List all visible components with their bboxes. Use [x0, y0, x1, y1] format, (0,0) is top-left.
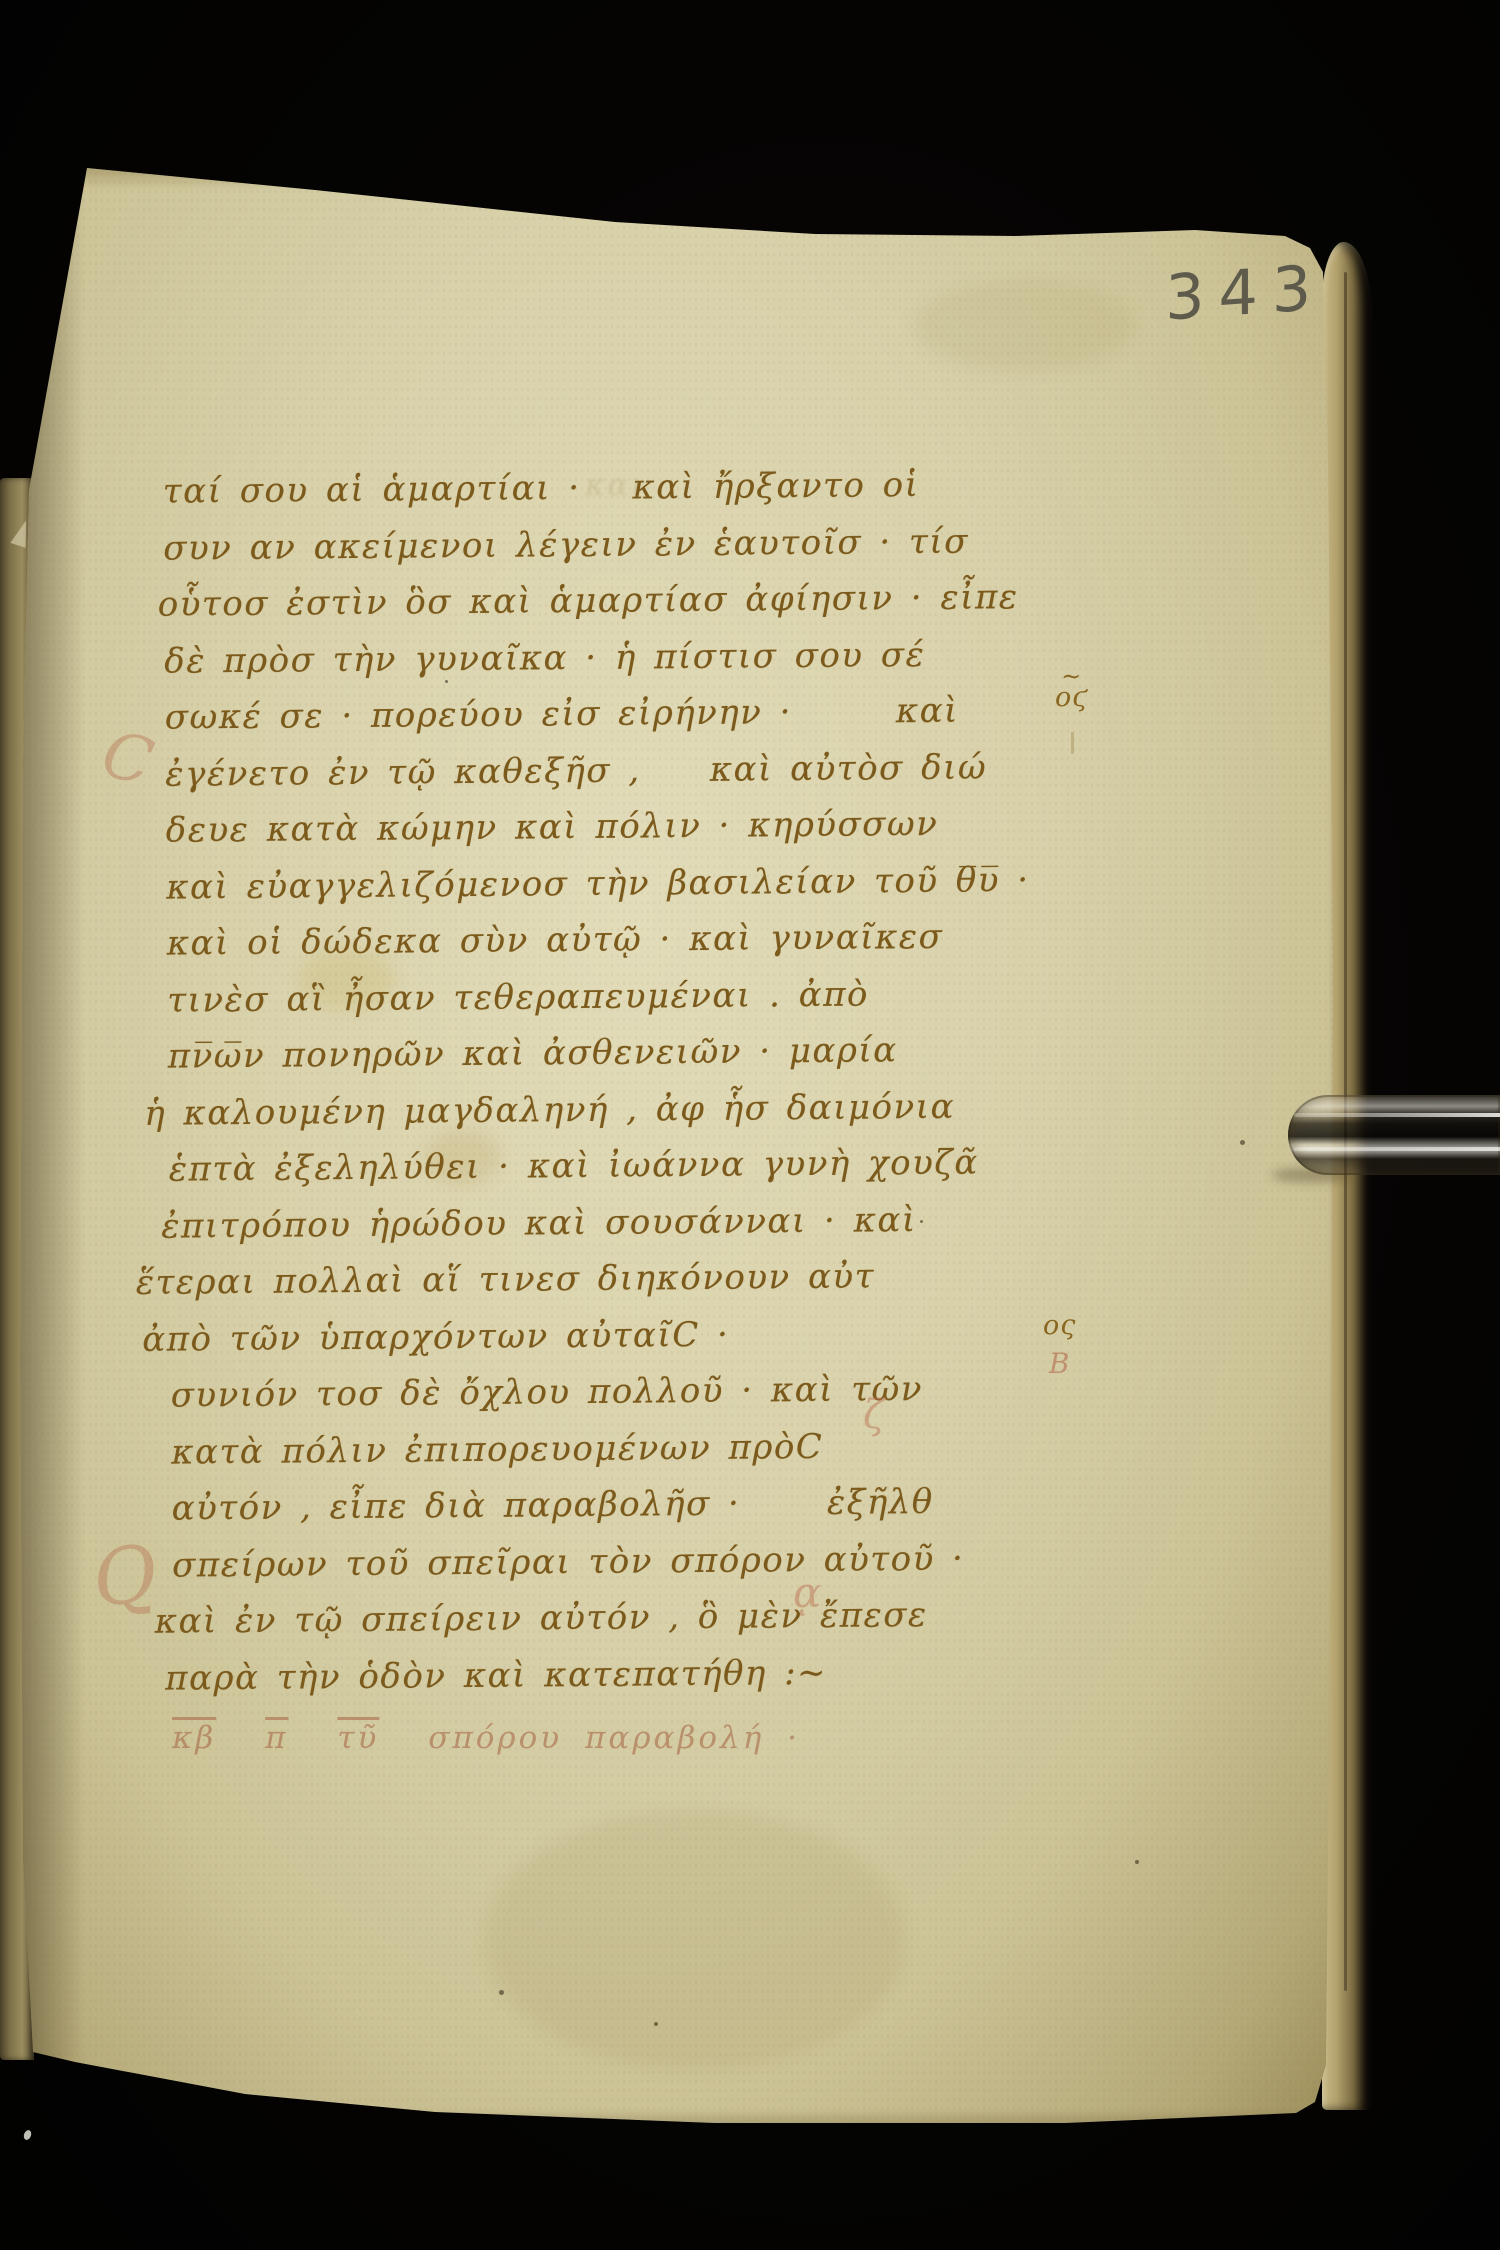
rod-highlight: [1294, 1113, 1500, 1117]
rubric-title-text: σπόρου παραβολή ·: [428, 1720, 800, 1756]
margin-note-red-letter: Β: [1043, 1347, 1076, 1380]
text-line: ἕτεραι πολλαὶ αἵ τινεσ διηκόνουν αὐτ: [135, 1247, 999, 1311]
manuscript-photo: 343 και ταί σου αἱ ἁμαρτίαι · καὶ ἤρξαντ…: [0, 0, 1500, 2250]
text-line: ἀπὸ τῶν ὑπαρχόντων αὐταῖϹ ·: [142, 1304, 1000, 1368]
text-line: πν̅ω̅ν πονηρῶν καὶ ἀσθενειῶν · μαρία: [168, 1021, 998, 1085]
text-line: καὶ οἱ δώδεκα σὺν αὐτῷ · καὶ γυναῖκεσ: [167, 908, 997, 972]
text-line: ἐγένετο ἐν τῷ καθεξῆσ , καὶ αὐτὸσ διώ: [165, 739, 995, 803]
text-line: παρὰ τὴν ὁδὸν καὶ κατεπατήθη :∼: [165, 1643, 1003, 1707]
rod-highlight: [1294, 1147, 1500, 1151]
text-line: σπείρων τοῦ σπεῖραι τὸν σπόρον αὐτοῦ ·: [172, 1530, 1002, 1594]
stain: [915, 280, 1135, 370]
text-line: ἡ καλουμένη μαγδαληνή , ἀφ ἧσ δαιμόνια: [144, 1078, 998, 1142]
text-line: οὗτοσ ἐστὶν ὃσ καὶ ἁμαρτίασ ἀφίησιν · εἶ…: [158, 569, 994, 633]
margin-note-kephalaion: ος Β: [1043, 1310, 1076, 1380]
glass-rod: [1288, 1095, 1500, 1175]
faded-red-initial: Ϲ: [95, 717, 160, 801]
margin-note-number: οϛ: [1055, 682, 1088, 713]
margin-note-kephalaion: ∼ οϛ: [1055, 670, 1088, 713]
faded-red-initial: Q: [88, 1529, 161, 1625]
speck: [499, 1990, 504, 1995]
text-line: τινὲσ αἳ ἦσαν τεθεραπευμέναι . ἀπὸ: [167, 965, 997, 1029]
speck: [654, 2022, 658, 2026]
manuscript-page: 343 και ταί σου αἱ ἁμαρτίαι · καὶ ἤρξαντ…: [15, 160, 1350, 2135]
text-line: συν αν ακείμενοι λέγειν ἐν ἑαυτοῖσ · τίσ: [163, 513, 993, 577]
margin-note-number: ος: [1043, 1310, 1076, 1341]
lection-start-mark: ᾳ: [793, 1568, 821, 1617]
text-line: καὶ εὐαγγελιζόμενοσ τὴν βασιλείαν τοῦ θ̅…: [166, 852, 996, 916]
text-line: δὲ πρὸσ τὴν γυναῖκα · ἡ πίστισ σου σέ: [164, 626, 994, 690]
text-line: καὶ ἐν τῷ σπείρειν αὐτόν , ὃ μὲν ἔπεσε: [154, 1586, 1002, 1650]
folio-number: 343: [1165, 250, 1325, 334]
lection-end-mark: ζ: [863, 1392, 885, 1438]
text-line: δευε κατὰ κώμην καὶ πόλιν · κηρύσσων: [166, 795, 996, 859]
text-line: σωκέ σε · πορεύου εἰσ εἰρήνην · καὶ: [165, 682, 995, 746]
margin-tick: [1071, 732, 1074, 754]
text-line: ταί σου αἱ ἁμαρτίαι · καὶ ἤρξαντο οἱ: [163, 456, 993, 520]
text-line: ἐπιτρόπου ἡρώδου καὶ σουσάνναι · καὶ: [161, 1191, 999, 1255]
speck: [1135, 1860, 1139, 1864]
rubric-abbrev-peri: π: [265, 1720, 288, 1756]
rubric-abbrev-tou: τῦ: [337, 1720, 379, 1756]
stain: [485, 1810, 905, 2070]
rubric-line: κβ π τῦ σπόρου παραβολή ·: [172, 1720, 872, 1756]
rubric-chapter-number: κβ: [172, 1720, 216, 1756]
text-line: ἑπτὰ ἐξεληλύθει · καὶ ἰωάννα γυνὴ χουζᾶ: [169, 1134, 999, 1198]
text-line: αὐτόν , εἶπε διὰ παραβολῆσ · ἐξῆλθ: [171, 1473, 1001, 1537]
speck: [1240, 1140, 1245, 1145]
dust-speck: [23, 2129, 33, 2141]
text-block: ταί σου αἱ ἁμαρτίαι · καὶ ἤρξαντο οἱ συν…: [163, 456, 1004, 1706]
margin-note-overline: ∼: [1055, 670, 1088, 682]
